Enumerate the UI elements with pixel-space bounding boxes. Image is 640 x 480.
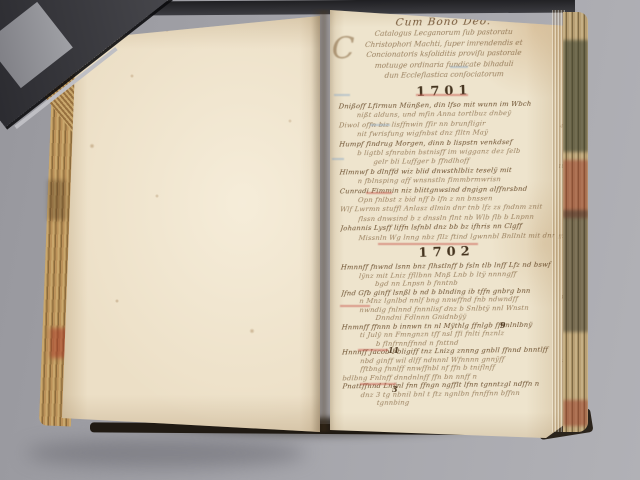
right-page-manuscript: 455. Cum Bono Deo. C Catalogus Lecganoru… (330, 6, 568, 438)
fore-edge-green-stain (563, 40, 588, 152)
stray-numeral: 11 (388, 345, 399, 355)
red-underline-mark (358, 349, 388, 351)
intro-paragraph: Catalogus Lecganorum ſub pastoratuChrist… (336, 27, 553, 83)
cast-shadow (26, 438, 306, 468)
manuscript-photograph: 455. Cum Bono Deo. C Catalogus Lecganoru… (0, 0, 640, 480)
manuscript-line: tgnnbing (376, 397, 557, 408)
manuscript-line: Missnln Wg lnng nbz fllz ftind lgwnnbl B… (358, 231, 555, 243)
stray-numeral: 9 (500, 320, 506, 330)
year-section: 1701Dnißoff Lfirmun Münßen, din lfso mit… (336, 82, 554, 243)
fore-edge-speckled (563, 12, 588, 432)
left-page-blank (62, 16, 320, 432)
red-underline-mark (340, 305, 370, 307)
red-underline-mark (366, 192, 392, 194)
blue-pencil-mark (450, 66, 468, 68)
red-underline-mark (378, 243, 478, 245)
year-sections: 1701Dnißoff Lfirmun Münßen, din lfso mit… (336, 82, 556, 408)
fore-edge-green-stain (563, 210, 588, 332)
edge-dark-streak (48, 180, 66, 220)
fore-edge-red-stain (563, 400, 588, 426)
blue-pencil-mark (334, 94, 350, 96)
red-underline-mark (416, 94, 468, 96)
stray-numeral: 3 (392, 384, 398, 394)
blue-pencil-mark (370, 124, 390, 126)
manuscript-intro-line: dun Eccleſiastica conſociatorum (336, 69, 553, 83)
red-underline-mark (360, 383, 396, 385)
folio-number: 455. (530, 12, 546, 20)
manuscript-text-block: Cum Bono Deo. C Catalogus Lecganorum ſub… (335, 7, 557, 409)
book-gutter (311, 10, 335, 432)
